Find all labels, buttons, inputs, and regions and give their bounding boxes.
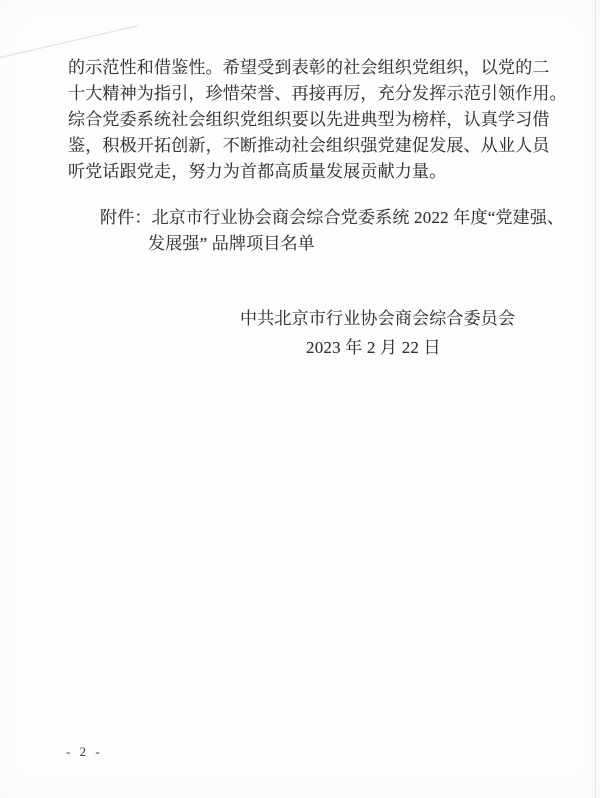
body-text-line: 鉴，积极开拓创新，不断推动社会组织强党建促发展、从业人员 — [68, 135, 550, 157]
scan-crease-artifact — [0, 25, 138, 60]
scanned-document-page: 的示范性和借鉴性。希望受到表彰的社会组织党组织，以党的二 十大精神为指引，珍惜荣… — [0, 0, 600, 798]
body-text-line: 综合党委系统社会组织党组织要以先进典型为榜样，认真学习借 — [68, 109, 550, 131]
body-text-line: 的示范性和借鉴性。希望受到表彰的社会组织党组织，以党的二 — [68, 57, 550, 79]
scan-edge-line — [595, 0, 596, 798]
body-text-line: 十大精神为指引，珍惜荣誉、再接再厉，充分发挥示范引领作用。 — [68, 83, 567, 105]
signature-date: 2023 年 2 月 22 日 — [306, 337, 441, 359]
signature-organization: 中共北京市行业协会商会综合委员会 — [240, 308, 515, 330]
page-number: - 2 - — [66, 744, 103, 760]
body-text-line: 听党话跟党走，努力为首都高质量发展贡献力量。 — [68, 161, 446, 183]
attachment-reference-line-1: 附件：北京市行业协会商会综合党委系统 2022 年度“党建强、 — [100, 207, 564, 229]
attachment-reference-line-2: 发展强” 品牌项目名单 — [148, 233, 315, 255]
